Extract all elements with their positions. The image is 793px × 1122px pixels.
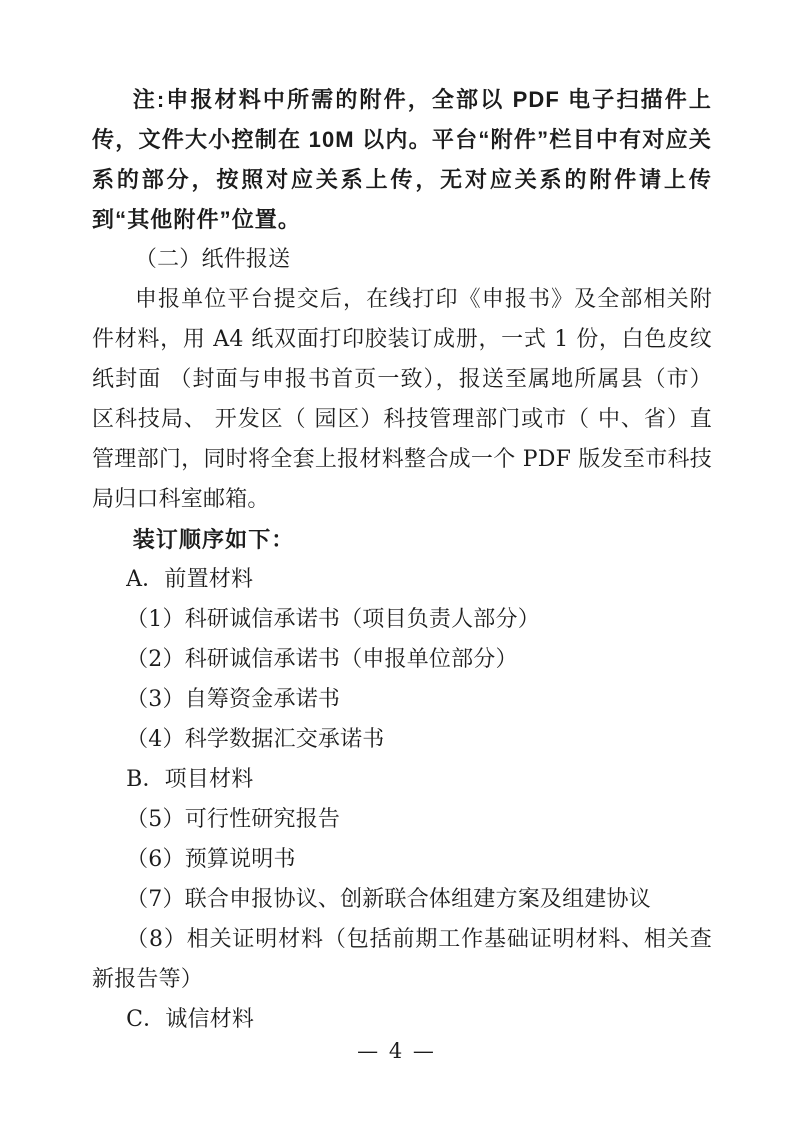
binding-list-item: （6）预算说明书 — [92, 840, 712, 880]
binding-group-label: C．诚信材料 — [92, 1000, 712, 1040]
page-number: — 4 — — [357, 1039, 436, 1063]
document-page: 注:申报材料中所需的附件，全部以 PDF 电子扫描件上传，文件大小控制在 10M… — [0, 0, 793, 1122]
note-paragraph: 注:申报材料中所需的附件，全部以 PDF 电子扫描件上传，文件大小控制在 10M… — [92, 80, 712, 240]
binding-list-item: （1）科研诚信承诺书（项目负责人部分） — [92, 600, 712, 640]
binding-list-item: （3）自筹资金承诺书 — [92, 680, 712, 720]
binding-order-heading: 装订顺序如下： — [92, 520, 712, 560]
section-heading-paper-submission: （二）纸件报送 — [92, 240, 712, 280]
binding-list-item: （5）可行性研究报告 — [92, 800, 712, 840]
binding-list-item: （8）相关证明材料（包括前期工作基础证明材料、相关查新报告等） — [92, 920, 712, 1000]
binding-group-label: A．前置材料 — [92, 560, 712, 600]
binding-list-item: （4）科学数据汇交承诺书 — [92, 720, 712, 760]
page-content: 注:申报材料中所需的附件，全部以 PDF 电子扫描件上传，文件大小控制在 10M… — [92, 80, 712, 1040]
binding-group-label: B．项目材料 — [92, 760, 712, 800]
page-footer: — 4 — — [0, 1038, 793, 1064]
binding-order-list: A．前置材料（1）科研诚信承诺书（项目负责人部分）（2）科研诚信承诺书（申报单位… — [92, 560, 712, 1040]
binding-list-item: （7）联合申报协议、创新联合体组建方案及组建协议 — [92, 880, 712, 920]
binding-list-item: （2）科研诚信承诺书（申报单位部分） — [92, 640, 712, 680]
submission-instructions-paragraph: 申报单位平台提交后，在线打印《申报书》及全部相关附件材料，用 A4 纸双面打印胶… — [92, 280, 712, 520]
